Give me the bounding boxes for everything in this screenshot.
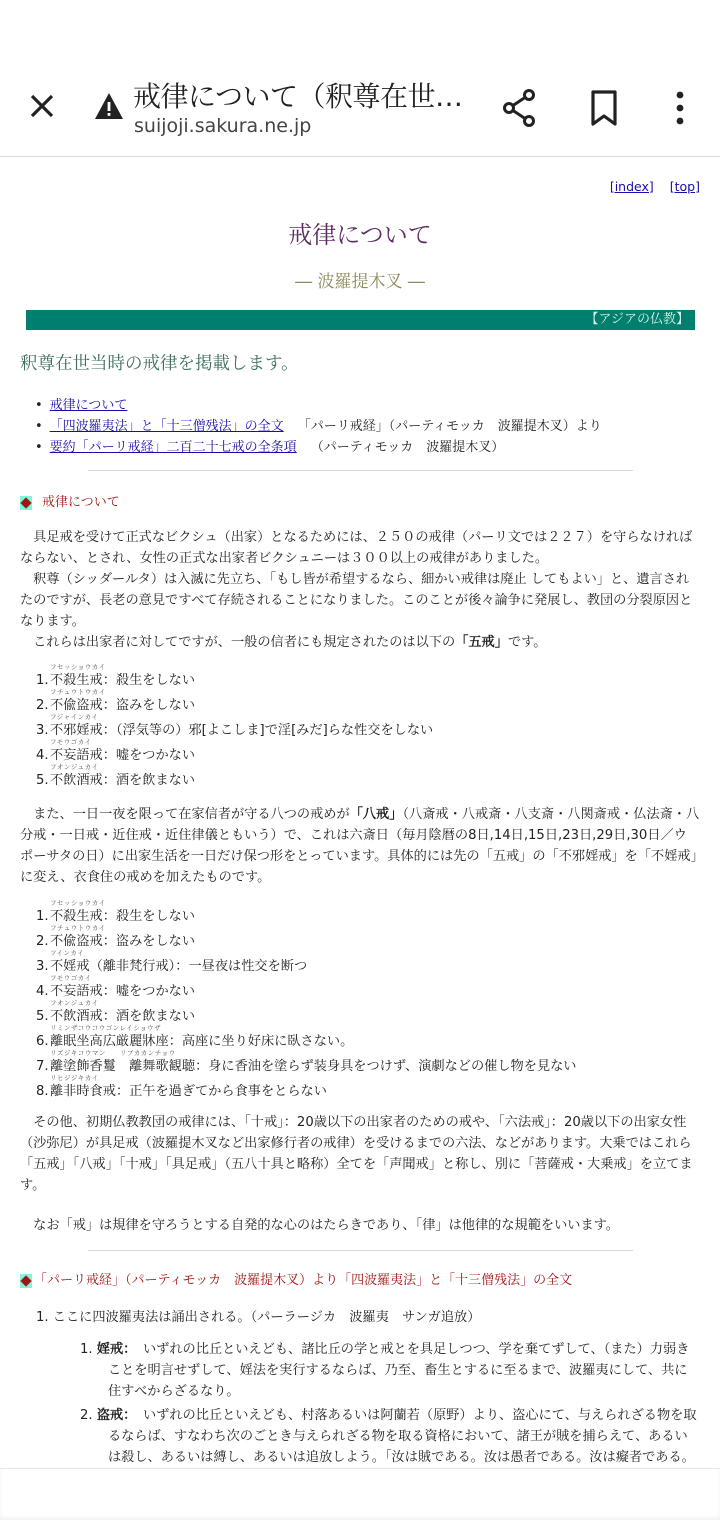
paragraph: 具足戒を受けて正式なビクシュ（出家）となるためには、２５０の戒律（パーリ文では２… <box>20 527 700 653</box>
toc-link-full-text[interactable]: 「四波羅夷法」と「十三僧残法」の全文 <box>50 419 284 434</box>
toc-note: （パーティモッカ 波羅提木叉） <box>311 440 505 455</box>
list-item: 4.フモウゴカイ不妄語戒：嘘をつかない <box>36 978 576 1003</box>
lead-text: 釈尊在世当時の戒律を掲載します。 <box>20 350 299 375</box>
eight-precepts-list: 1.フセッショウカイ不殺生戒：殺生をしない 2.フチュウトウカイ不偸盗戒：盗みを… <box>36 903 576 1103</box>
section-heading-kairitsu: 戒律について <box>20 491 120 510</box>
list-item: 8.リヒジジキカイ離非時食戒：正午を過ぎてから食事をとらない <box>36 1078 576 1103</box>
diamond-bullet-icon <box>20 496 32 510</box>
page-title-bar: 戒律について（釈尊在世… <box>133 75 473 115</box>
bottom-nav-area <box>0 1468 720 1520</box>
list-item: 5.フオンジュカイ不飲酒戒：酒を飲まない <box>36 767 433 792</box>
paragraph-text: これらは出家者に対してですが、一般の信者にも規定されたのは以下の「五戒」です。 <box>20 632 700 653</box>
page-url[interactable]: suijoji.sakura.ne.jp <box>134 115 311 137</box>
index-link[interactable]: [index] <box>610 179 654 194</box>
paragraph-kai-ritsu: なお「戒」は規律を守ろうとする自発的な心のはたらきであり、「律」は他律的な規範を… <box>20 1215 700 1236</box>
web-page-content: [index] [top] 戒律について ― 波羅提木叉 ― 【アジアの仏教】 … <box>0 157 720 1467</box>
list-item: 3.フインカイ不婬戒（離非梵行戒）：一昼夜は性交を断つ <box>36 953 576 978</box>
section-heading-full-text: 「パーリ戒経」（パーティモッカ 波羅提木叉）より「四波羅夷法」と「十三僧残法」の… <box>20 1269 572 1288</box>
paragraph-eight-precepts: また、一日一夜を限って在家信者が守る八つの戒めが「八戒」（八斎戒・八戒斎・八支斎… <box>20 804 700 888</box>
page-subheading: ― 波羅提木叉 ― <box>0 267 720 292</box>
paragraph-text: 釈尊（シッダールタ）は入滅に先立ち、「もし皆が希望するなら、細かい戒律は廃止 し… <box>20 569 700 632</box>
list-item: 1. 婬戒： いずれの比丘といえども、諸比丘の学と戒とを具足しつつ、学を棄てずし… <box>80 1339 700 1402</box>
diamond-bullet-icon <box>20 1274 32 1288</box>
list-item: 2.フチュウトウカイ不偸盗戒：盗みをしない <box>36 928 576 953</box>
page-heading: 戒律について <box>0 215 720 250</box>
table-of-contents: 戒律について 「四波羅夷法」と「十三僧残法」の全文「パーリ戒経」（パーティモッカ… <box>35 395 602 458</box>
category-bar: 【アジアの仏教】 <box>26 310 695 330</box>
list-item: 1.フセッショウカイ不殺生戒：殺生をしない <box>36 903 576 928</box>
divider <box>88 1250 633 1251</box>
share-icon[interactable] <box>500 88 538 128</box>
toc-item: 「四波羅夷法」と「十三僧残法」の全文「パーリ戒経」（パーティモッカ 波羅提木叉）… <box>35 416 602 437</box>
paragraph-text: 具足戒を受けて正式なビクシュ（出家）となるためには、２５０の戒律（パーリ文では２… <box>20 527 700 569</box>
section-heading-text: 「パーリ戒経」（パーティモッカ 波羅提木叉）より「四波羅夷法」と「十三僧残法」の… <box>34 1273 572 1288</box>
more-vert-icon[interactable] <box>670 88 690 128</box>
section-heading-text: 戒律について <box>42 495 120 510</box>
parajika-list: 1. 婬戒： いずれの比丘といえども、諸比丘の学と戒とを具足しつつ、学を棄てずし… <box>80 1339 700 1467</box>
list-item: 3.フジャインカイ不邪婬戒：（浮気等の）邪[よこしま]で淫[みだ]らな性交をしな… <box>36 717 433 742</box>
parajika-intro: 1. ここに四波羅夷法は誦出される。（パーラージカ 波羅夷 サンガ追放） <box>36 1307 716 1328</box>
toc-note: 「パーリ戒経」（パーティモッカ 波羅提木叉）より <box>298 419 602 434</box>
toc-link-summary[interactable]: 要約「パーリ戒経」二百二十七戒の全条項 <box>50 440 297 455</box>
top-links: [index] [top] <box>598 179 700 194</box>
five-precepts-list: 1.フセッショウカイ不殺生戒：殺生をしない 2.フチュウトウカイ不偸盗戒：盗みを… <box>36 667 433 792</box>
divider <box>88 470 633 471</box>
toc-item: 戒律について <box>35 395 602 416</box>
toc-item: 要約「パーリ戒経」二百二十七戒の全条項（パーティモッカ 波羅提木叉） <box>35 437 602 458</box>
toc-link-kairitsu[interactable]: 戒律について <box>50 398 128 413</box>
close-icon[interactable] <box>24 88 60 124</box>
status-bar-area <box>0 0 720 60</box>
warning-icon[interactable] <box>94 92 124 120</box>
list-item: 2. 盗戒： いずれの比丘といえども、村落あるいは阿蘭若（原野）より、盗心にて、… <box>80 1405 700 1467</box>
paragraph-other-precepts: その他、初期仏教教団の戒律には、「十戒」：20歳以下の出家者のための戒や、「六法… <box>20 1112 700 1196</box>
browser-toolbar: 戒律について（釈尊在世… suijoji.sakura.ne.jp <box>0 60 720 157</box>
category-label[interactable]: 【アジアの仏教】 <box>586 312 689 327</box>
list-item: 7.リズジキコウマン リブカカンチョウ離塗飾香鬘 離舞歌観聴：身に香油を塗らず装… <box>36 1053 576 1078</box>
bookmark-icon[interactable] <box>588 88 620 128</box>
top-link[interactable]: [top] <box>670 179 700 194</box>
